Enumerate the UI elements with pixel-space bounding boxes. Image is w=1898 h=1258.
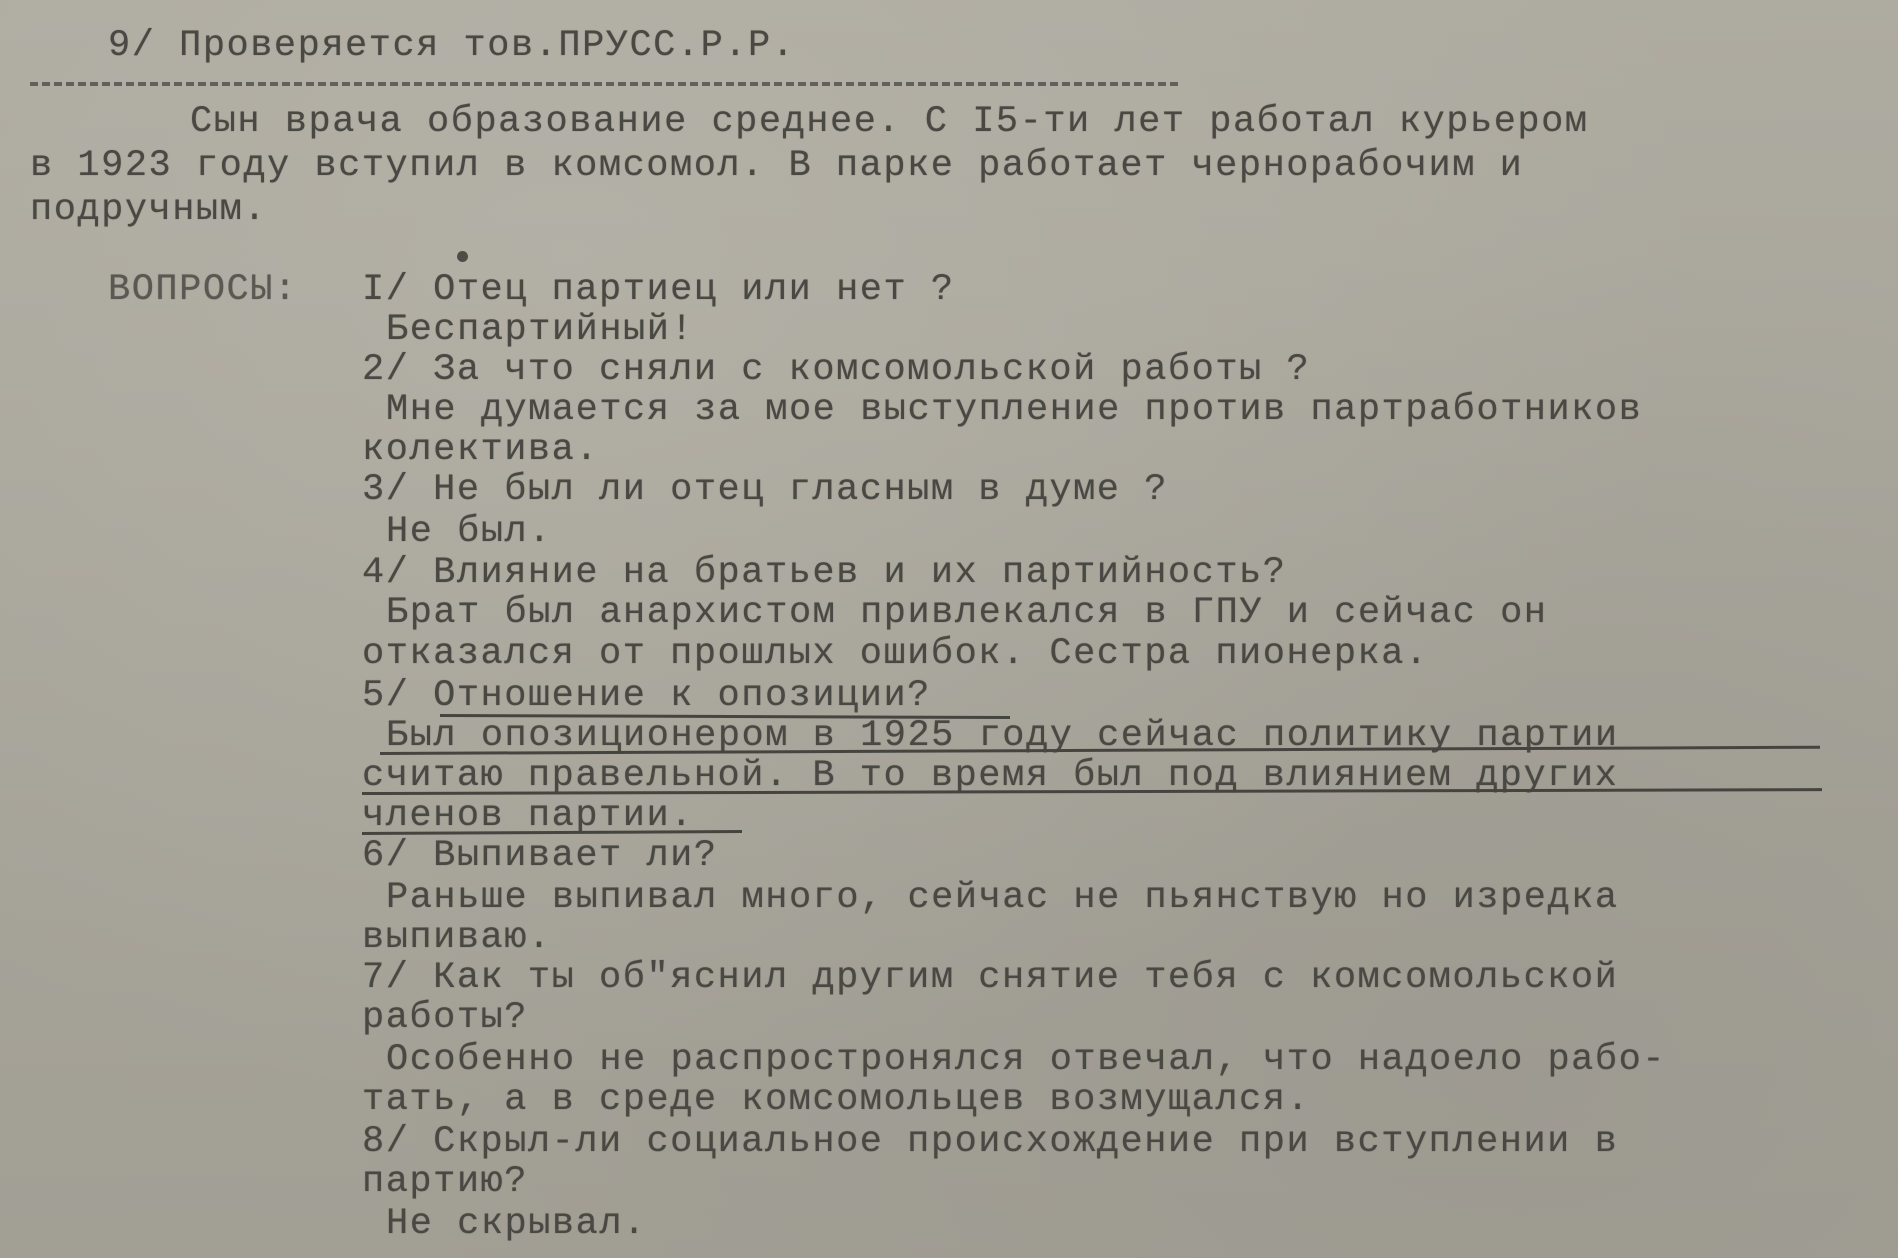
intro-line-1: Сын врача образование среднее. С I5-ти л… — [190, 102, 1589, 142]
question-6: 6/ Выпивает ли? — [362, 836, 718, 876]
ink-speck — [457, 251, 468, 262]
question-3: 3/ Не был ли отец гласным в думе ? — [362, 470, 1168, 510]
dashed-rule-divider — [30, 82, 1178, 86]
question-7-line-2: работы? — [362, 998, 528, 1038]
question-2: 2/ За что сняли с комсомольской работы ? — [362, 350, 1310, 390]
answer-1: Беспартийный! — [386, 310, 694, 350]
answer-8: Не скрывал. — [386, 1204, 647, 1244]
intro-line-3: подручным. — [30, 190, 267, 230]
answer-6-line-1: Раньше выпивал много, сейчас не пьянству… — [386, 878, 1619, 918]
answer-2-line-2: колектива. — [362, 430, 599, 470]
question-4: 4/ Влияние на братьев и их партийность? — [362, 553, 1286, 593]
document-heading: 9/ Проверяется тов.ПРУСС.Р.Р. — [108, 26, 795, 66]
answer-2-line-1: Мне думается за мое выступление против п… — [386, 390, 1642, 430]
question-7-line-1: 7/ Как ты об"яснил другим снятие тебя с … — [362, 958, 1618, 998]
intro-line-2: в 1923 году вступил в комсомол. В парке … — [30, 146, 1523, 186]
typewritten-document-page: 9/ Проверяется тов.ПРУСС.Р.Р. Сын врача … — [0, 0, 1898, 1258]
question-8-line-1: 8/ Скрыл-ли социальное происхождение при… — [362, 1122, 1618, 1162]
answer-7-line-1: Особенно не распростронялся отвечал, что… — [386, 1040, 1666, 1080]
question-8-line-2: партию? — [362, 1162, 528, 1202]
question-5: 5/ Отношение к опозиции? — [362, 676, 931, 716]
answer-7-line-2: тать, а в среде комсомольцев возмущался. — [362, 1080, 1310, 1120]
questions-label: ВОПРОСЫ: — [108, 270, 298, 310]
answer-3: Не был. — [386, 512, 552, 552]
question-1: I/ Отец партиец или нет ? — [362, 270, 955, 310]
answer-4-line-1: Брат был анархистом привлекался в ГПУ и … — [386, 593, 1547, 633]
answer-4-line-2: отказался от прошлых ошибок. Сестра пион… — [362, 634, 1429, 674]
answer-6-line-2: выпиваю. — [362, 918, 552, 958]
